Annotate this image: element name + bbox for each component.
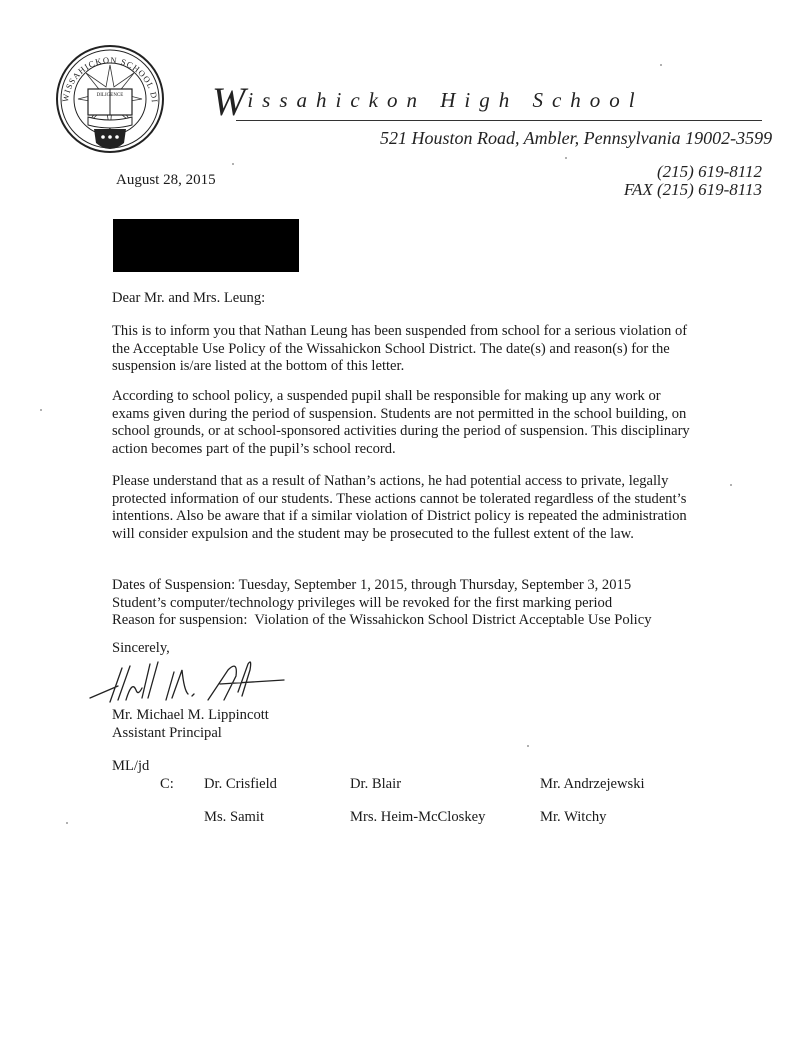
scan-speck	[565, 157, 567, 159]
salutation: Dear Mr. and Mrs. Leung:	[112, 290, 692, 308]
school-district-seal: WISSAHICKON SCHOOL DISTRICT DILIGENCE	[54, 43, 166, 161]
school-phone: (215) 619-8112	[657, 162, 762, 182]
cc-recipient: Dr. Crisfield	[204, 776, 277, 793]
scan-speck	[730, 484, 732, 486]
scan-speck	[660, 64, 662, 66]
privileges-revoked: Student’s computer/technology privileges…	[112, 595, 692, 613]
suspension-details: Dates of Suspension: Tuesday, September …	[112, 577, 692, 630]
cc-label: C:	[160, 776, 174, 793]
scan-speck	[527, 745, 529, 747]
letter-date: August 28, 2015	[116, 172, 216, 189]
signer-title: Assistant Principal	[112, 725, 692, 743]
school-name-initial: W	[212, 79, 245, 124]
header-divider	[236, 120, 762, 121]
svg-text:DILIGENCE: DILIGENCE	[97, 93, 124, 98]
school-name-rest: issahickon High School	[247, 88, 643, 112]
cc-recipient: Mrs. Heim-McCloskey	[350, 809, 485, 826]
cc-recipient: Ms. Samit	[204, 809, 264, 826]
paragraph-policy: According to school policy, a suspended …	[112, 388, 692, 458]
cc-recipient: Mr. Witchy	[540, 809, 606, 826]
signer-name: Mr. Michael M. Lippincott	[112, 707, 692, 725]
paragraph-warning: Please understand that as a result of Na…	[112, 473, 692, 543]
scan-speck	[66, 822, 68, 824]
suspension-dates: Dates of Suspension: Tuesday, September …	[112, 577, 692, 595]
scan-speck	[232, 163, 234, 165]
paragraph-notice: This is to inform you that Nathan Leung …	[112, 323, 692, 376]
handwritten-signature	[88, 650, 288, 710]
signer-block: Mr. Michael M. Lippincott Assistant Prin…	[112, 707, 692, 742]
suspension-reason: Reason for suspension: Violation of the …	[112, 612, 692, 630]
school-name: Wissahickon High School	[212, 78, 644, 125]
school-address: 521 Houston Road, Ambler, Pennsylvania 1…	[380, 128, 772, 149]
typist-initials: ML/jd	[112, 758, 149, 775]
school-fax: FAX (215) 619-8113	[624, 180, 762, 200]
cc-recipient: Mr. Andrzejewski	[540, 776, 645, 793]
scan-speck	[40, 409, 42, 411]
redacted-recipient-address	[113, 219, 299, 272]
cc-recipient: Dr. Blair	[350, 776, 401, 793]
